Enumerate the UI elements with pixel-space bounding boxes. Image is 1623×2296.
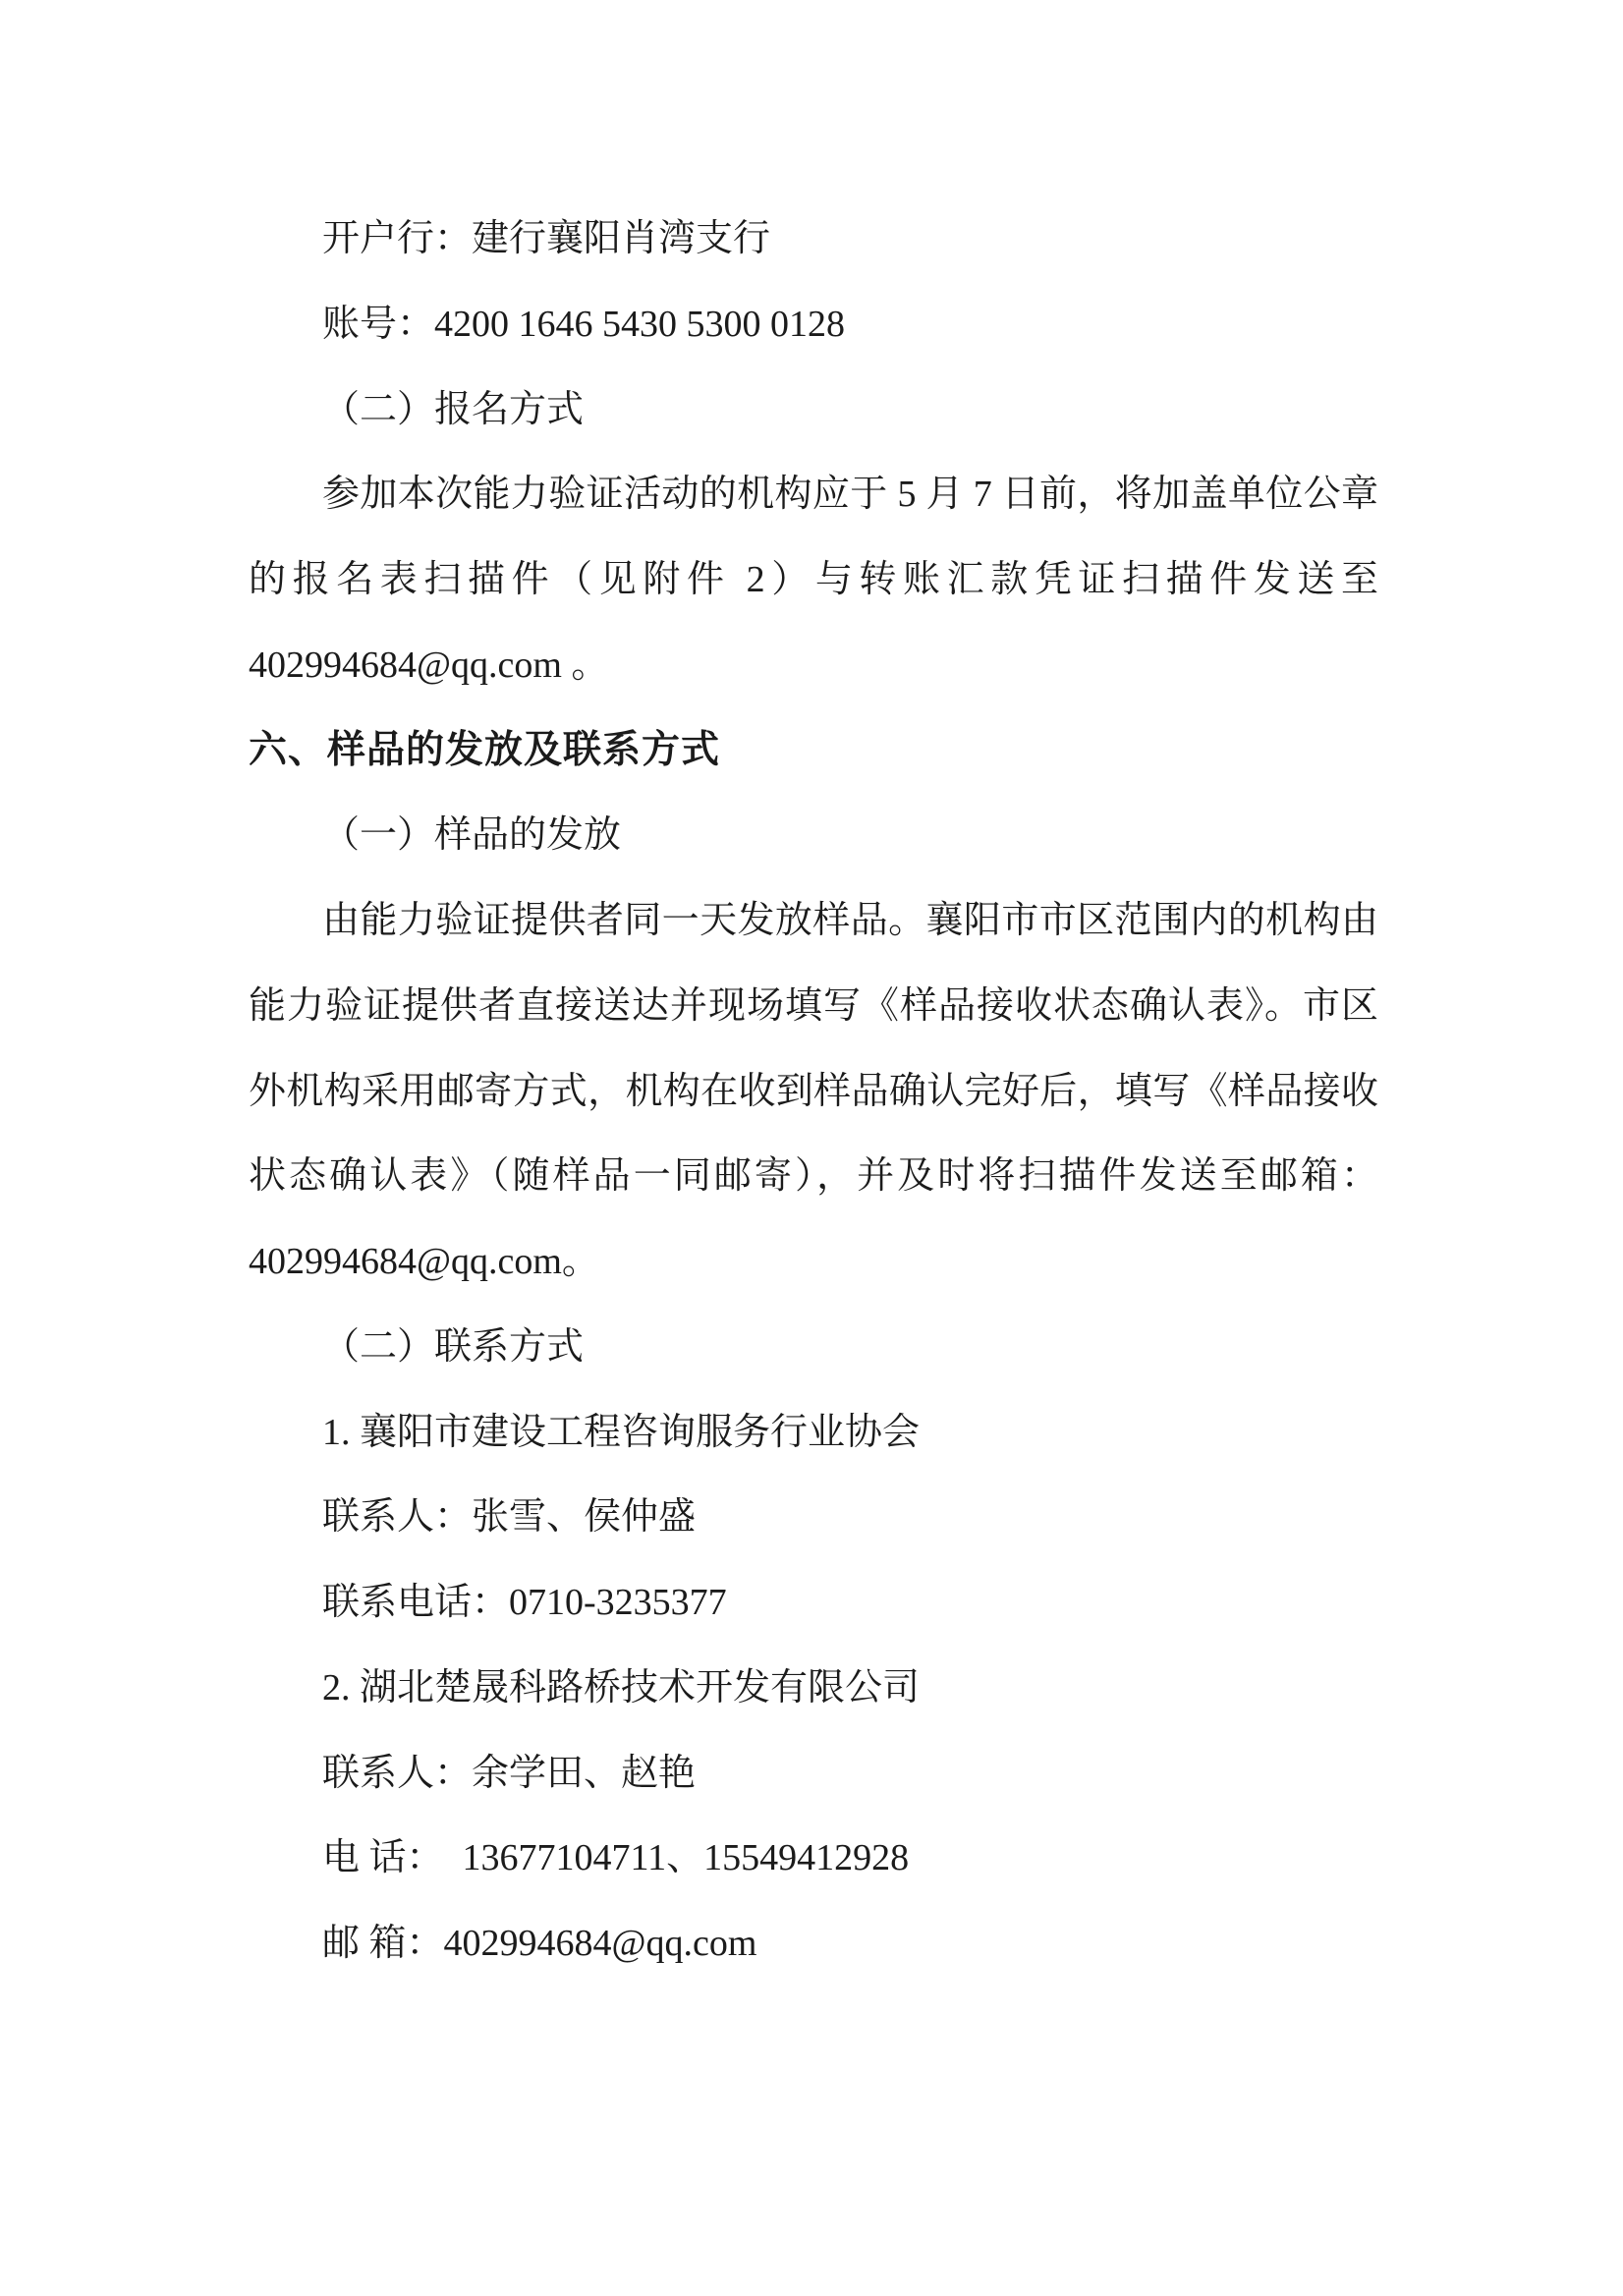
text-line: 402994684@qq.com。 — [249, 1219, 1378, 1305]
text-line: 联系人：余学田、赵艳 — [249, 1731, 1378, 1817]
text-line: 402994684@qq.com 。 — [249, 623, 1378, 708]
text-line: 外机构采用邮寄方式，机构在收到样品确认完好后，填写《样品接收 — [249, 1049, 1378, 1135]
text-line: 状态确认表》（随样品一同邮寄），并及时将扫描件发送至邮箱： — [249, 1134, 1378, 1219]
text-line: 能力验证提供者直接送达并现场填写《样品接收状态确认表》。市区 — [249, 964, 1378, 1049]
text-line: 由能力验证提供者同一天发放样品。襄阳市市区范围内的机构由 — [249, 878, 1378, 964]
text-line: 联系人：张雪、侯仲盛 — [249, 1475, 1378, 1560]
text-line: 2. 湖北楚晟科路桥技术开发有限公司 — [249, 1646, 1378, 1731]
text-line: （二）报名方式 — [249, 367, 1378, 453]
document-page: 开户行：建行襄阳肖湾支行账号：4200 1646 5430 5300 0128（… — [0, 0, 1623, 2296]
text-line: 账号：4200 1646 5430 5300 0128 — [249, 282, 1378, 367]
text-line: 电 话： 13677104711、15549412928 — [249, 1816, 1378, 1901]
text-line: 参加本次能力验证活动的机构应于 5 月 7 日前，将加盖单位公章 — [249, 452, 1378, 537]
text-line: （一）样品的发放 — [249, 793, 1378, 878]
text-line: （二）联系方式 — [249, 1305, 1378, 1390]
text-line: 开户行：建行襄阳肖湾支行 — [249, 196, 1378, 282]
text-line: 邮 箱：402994684@qq.com — [249, 1901, 1378, 1987]
text-line: 1. 襄阳市建设工程咨询服务行业协会 — [249, 1390, 1378, 1476]
section-heading: 六、样品的发放及联系方式 — [249, 708, 1378, 794]
text-line: 的报名表扫描件（见附件 2）与转账汇款凭证扫描件发送至 — [249, 537, 1378, 623]
document-body: 开户行：建行襄阳肖湾支行账号：4200 1646 5430 5300 0128（… — [249, 196, 1378, 1987]
text-line: 联系电话：0710-3235377 — [249, 1560, 1378, 1646]
